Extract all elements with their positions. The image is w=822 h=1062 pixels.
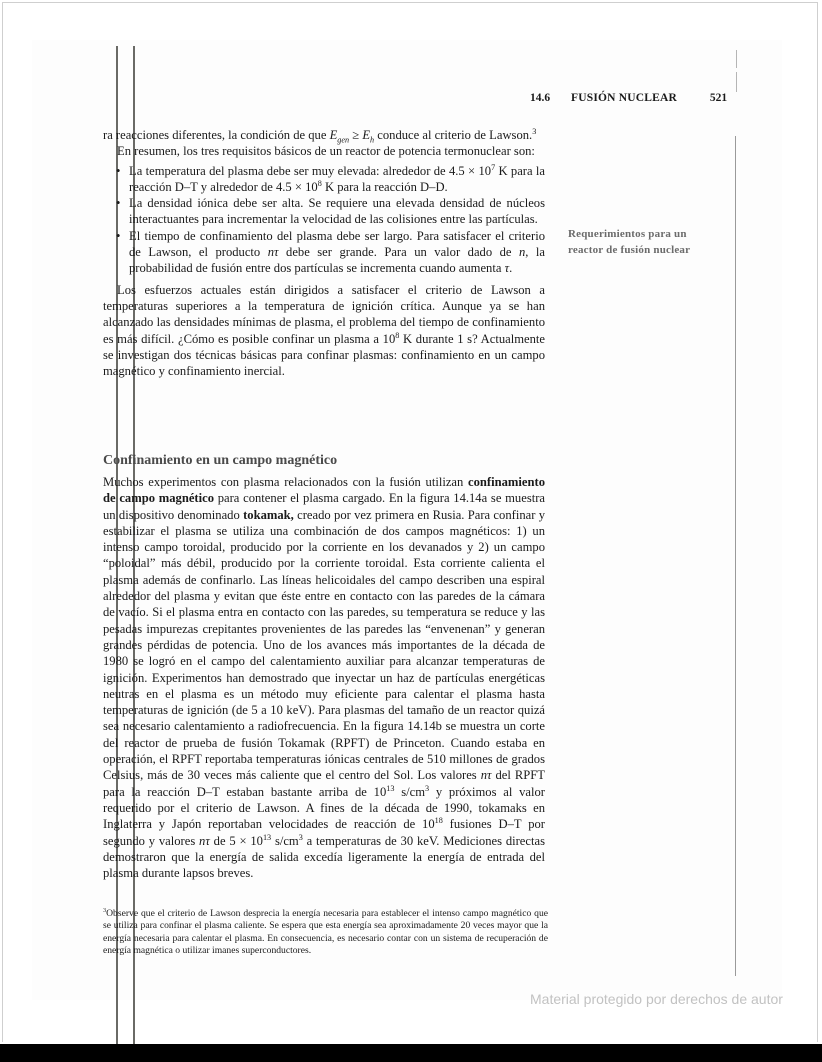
section-title: FUSIÓN NUCLEAR [571,92,677,104]
page-edge-mark [736,50,737,68]
section-number: 14.6 [530,92,550,104]
paragraph-magnetic-confinement: Muchos experimentos con plasma relaciona… [103,474,545,881]
list-item: La densidad iónica debe ser alta. Se req… [129,195,545,228]
footnote: 3Observe que el criterio de Lawson despr… [103,908,548,957]
list-item: El tiempo de confinamiento del plasma de… [129,228,545,277]
paragraph-lawson-intro: ra reacciones diferentes, la condición d… [103,127,545,143]
requirements-list: La temperatura del plasma debe ser muy e… [103,163,545,277]
copyright-watermark: Material protegido por derechos de autor [530,991,783,1007]
key-term: tokamak, [243,508,294,522]
list-item: La temperatura del plasma debe ser muy e… [129,163,545,196]
margin-note: Requerimientos para un reactor de fusión… [568,227,718,258]
paragraph-summary: En resumen, los tres requisitos básicos … [103,143,545,159]
section-heading: Confinamiento en un campo magnético [103,453,337,469]
footnote-reference[interactable]: 3 [532,127,536,136]
page-edge-line [735,136,736,976]
footnote-text: Observe que el criterio de Lawson despre… [103,908,548,956]
paragraph-efforts: Los esfuerzos actuales están dirigidos a… [103,282,545,380]
page-edge-mark [736,72,737,92]
main-text-top: ra reacciones diferentes, la condición d… [103,127,545,379]
running-head: 14.6 FUSIÓN NUCLEAR 521 [530,92,727,104]
main-text-body: Muchos experimentos con plasma relaciona… [103,474,545,881]
bottom-bar [0,1044,822,1062]
page-number: 521 [710,92,727,104]
